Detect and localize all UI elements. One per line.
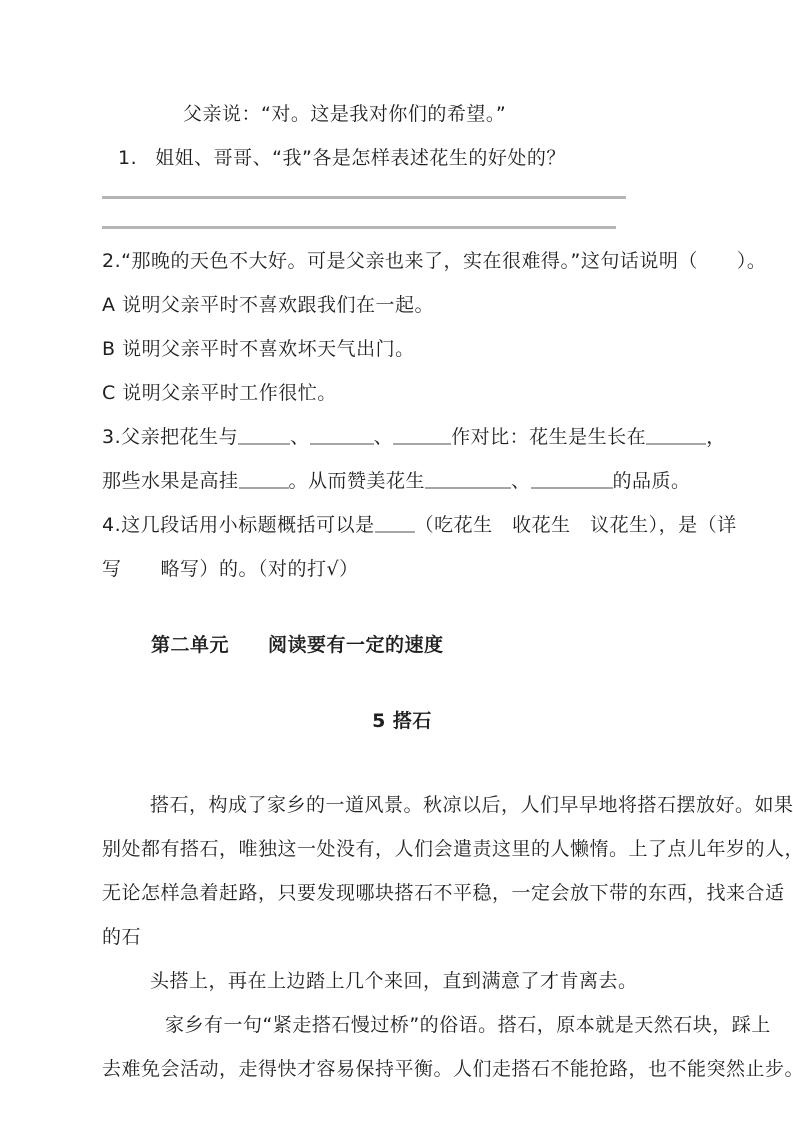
fill-in-blank: [393, 429, 451, 445]
question-1-number: 1.: [102, 136, 137, 180]
answer-line-2: [102, 226, 616, 229]
question-4-line-2: 写 略写）的。（对的打√）: [102, 547, 702, 591]
segment-text: 4.这几段话用小标题概括可以是: [102, 514, 375, 536]
fill-in-blank: [238, 429, 290, 445]
question-3-line-2: 那些水果是高挂。从而赞美花生、的品质。: [102, 459, 702, 503]
question-3-line-1: 3.父亲把花生与、、作对比：花生是生长在，: [102, 415, 702, 459]
passage-paragraph-3-line-2: 去难免会活动，走得快才容易保持平衡。人们走搭石不能抢路，也不能突然止步。: [102, 1047, 702, 1091]
fill-in-blank: [646, 429, 706, 445]
question-2-option-a: A 说明父亲平时不喜欢跟我们在一起。: [102, 283, 702, 327]
segment-text: 、: [290, 426, 310, 448]
document-page: 父亲说：“对。这是我对你们的希望。” 1.姐姐、哥哥、“我”各是怎样表述花生的好…: [0, 0, 793, 1122]
intro-line: 父亲说：“对。这是我对你们的希望。”: [102, 92, 702, 136]
answer-line-1: [102, 196, 626, 199]
lesson-5-title: 5 搭石: [102, 699, 702, 743]
question-1-text: 姐姐、哥哥、“我”各是怎样表述花生的好处的？: [155, 147, 566, 169]
segment-text: 那些水果是高挂: [102, 470, 239, 492]
fill-in-blank: [310, 429, 374, 445]
question-2-option-c: C 说明父亲平时工作很忙。: [102, 371, 702, 415]
segment-text: （吃花生 收花生 议花生），是（详: [415, 514, 737, 536]
document-body: 父亲说：“对。这是我对你们的希望。” 1.姐姐、哥哥、“我”各是怎样表述花生的好…: [102, 92, 702, 1091]
segment-text: ，: [706, 426, 726, 448]
passage-paragraph-1-line-3: 无论怎样急着赶路，只要发现哪块搭石不平稳，一定会放下带的东西，找来合适: [102, 871, 702, 915]
segment-text: 的品质。: [613, 470, 691, 492]
question-2: 2.“那晚的天色不大好。可是父亲也来了，实在很难得。”这句话说明（ ）。: [102, 239, 702, 283]
segment-text: 、: [374, 426, 394, 448]
passage-paragraph-1-line-4: 的石: [102, 915, 702, 959]
unit-2-heading: 第二单元 阅读要有一定的速度: [102, 623, 702, 667]
fill-in-blank: [375, 517, 415, 533]
passage-paragraph-1-line-2: 别处都有搭石，唯独这一处没有，人们会遣责这里的人懒惰。上了点儿年岁的人，: [102, 827, 702, 871]
passage-paragraph-1-line-1: 搭石，构成了家乡的一道风景。秋凉以后，人们早早地将搭石摆放好。如果: [102, 783, 702, 827]
fill-in-blank: [531, 473, 613, 489]
passage-paragraph-3-line-1: 家乡有一句“紧走搭石慢过桥”的俗语。搭石，原本就是天然石块，踩上: [102, 1003, 702, 1047]
segment-text: 、: [511, 470, 531, 492]
question-1: 1.姐姐、哥哥、“我”各是怎样表述花生的好处的？: [102, 136, 702, 180]
fill-in-blank: [425, 473, 511, 489]
question-4-line-1: 4.这几段话用小标题概括可以是（吃花生 收花生 议花生），是（详: [102, 503, 702, 547]
segment-text: 作对比：花生是生长在: [451, 426, 646, 448]
segment-text: 3.父亲把花生与: [102, 426, 238, 448]
question-2-option-b: B 说明父亲平时不喜欢坏天气出门。: [102, 327, 702, 371]
segment-text: 。从而赞美花生: [289, 470, 426, 492]
fill-in-blank: [239, 473, 289, 489]
passage-paragraph-2-line-1: 头搭上，再在上边踏上几个来回，直到满意了才肯离去。: [102, 959, 702, 1003]
